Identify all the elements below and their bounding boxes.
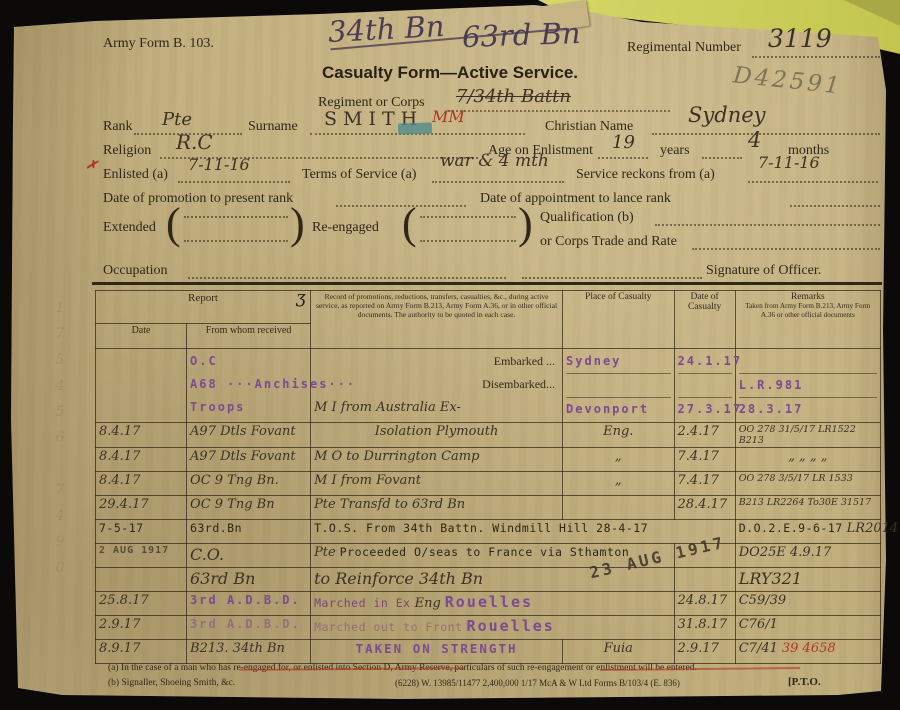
table-cell: 3rd A.D.B.D.	[187, 616, 311, 640]
cell-text: D.O.2.E.9-6-17	[739, 521, 843, 535]
table-cell: 24.1.1727.3.17	[674, 349, 735, 423]
footnote-b: (b) Signaller, Shoeing Smith, &c.	[108, 678, 235, 688]
table-cell: „	[563, 472, 674, 496]
qualification-line	[655, 224, 880, 226]
cell-text: Eng	[415, 596, 441, 611]
promotion-line	[336, 205, 466, 207]
table-row: 2.9.173rd A.D.B.D.Marched out to FrontRo…	[96, 616, 881, 640]
table-cell: SydneyDevonport	[563, 349, 674, 423]
table-cell: Fuia	[563, 640, 674, 664]
reckons-line	[748, 181, 878, 183]
table-cell: 3rd A.D.B.D.	[187, 592, 311, 616]
table-cell: Pte Transfd to 63rd Bn	[311, 496, 563, 520]
reengaged-line-2	[420, 240, 516, 242]
corps-trade-line	[692, 248, 880, 250]
date-casualty-column-header: Date of Casualty	[674, 291, 735, 349]
extended-brace-open: (	[166, 198, 181, 249]
cell-line	[99, 396, 183, 419]
extended-brace-close: )	[290, 198, 305, 249]
occupation-line-1	[188, 277, 506, 279]
terms-value: war & 4 mth	[440, 151, 549, 171]
table-cell: D.O.2.E.9-6-17LR2014	[735, 520, 880, 544]
age-years-line	[598, 157, 648, 159]
table-cell: Marched out to FrontRouelles	[311, 616, 674, 640]
table-row: 25.8.173rd A.D.B.D.Marched in ExEngRouel…	[96, 592, 881, 616]
regiment-line	[448, 110, 670, 112]
table-cell: 2 AUG 1917	[96, 544, 187, 568]
age-months-line	[702, 157, 742, 159]
table-row: 8.4.17A97 Dtls FovantM O to Durrington C…	[96, 448, 881, 472]
cell-line: Sydney	[566, 350, 670, 374]
lance-line	[790, 205, 880, 207]
regimental-number-value: 3119	[768, 24, 832, 53]
table-row: 8.9.17B213. 34th BnTAKEN ON STRENGTHFuia…	[96, 640, 881, 664]
cell-text: Proceeded O/seas to France via Sthamton	[340, 545, 630, 559]
margin-pencil-numbers: 175456 7490	[52, 300, 68, 640]
occupation-label: Occupation	[103, 263, 168, 279]
surname-label: Surname	[248, 119, 298, 135]
lance-label: Date of appointment to lance rank	[480, 191, 671, 207]
terms-label: Terms of Service (a)	[302, 167, 416, 183]
age-months-value: 4	[748, 128, 761, 152]
enlisted-line	[178, 181, 290, 183]
reengaged-brace-open: (	[402, 198, 417, 249]
table-row: 8.4.17A97 Dtls FovantIsolation PlymouthE…	[96, 423, 881, 448]
cell-line: O.C	[190, 350, 307, 373]
table-cell: 7.4.17	[674, 472, 735, 496]
table-cell	[96, 349, 187, 423]
table-cell: Isolation Plymouth	[311, 423, 563, 448]
age-years-value: 19	[612, 132, 635, 153]
table-cell: 63rd Bn	[187, 568, 311, 592]
table-cell: C76/1	[735, 616, 880, 640]
table-cell: 31.8.17	[674, 616, 735, 640]
report-header: Report	[96, 291, 311, 324]
table-cell	[563, 496, 674, 520]
section-divider-rule	[92, 282, 882, 285]
rank-value: Pte	[162, 109, 192, 130]
rank-label: Rank	[103, 119, 133, 135]
table-cell: 2.9.17	[674, 640, 735, 664]
table-cell: OC 9 Tng Bn	[187, 496, 311, 520]
enlisted-label: Enlisted (a)	[103, 167, 168, 183]
qualification-label: Qualification (b)	[540, 210, 634, 226]
table-cell: Eng.	[563, 423, 674, 448]
table-cell	[674, 568, 735, 592]
enlisted-value: 7-11-16	[188, 155, 250, 174]
table-row: 29.4.17OC 9 Tng BnPte Transfd to 63rd Bn…	[96, 496, 881, 520]
religion-value: R.C	[176, 130, 213, 154]
table-cell: 8.4.17	[96, 472, 187, 496]
cell-text: Rouelles	[467, 617, 555, 635]
cell-line	[99, 373, 183, 396]
pto-label: [P.T.O.	[788, 676, 821, 688]
date-column-header: Date	[96, 324, 187, 349]
cell-line: Troops	[190, 396, 307, 419]
form-number: Army Form B. 103.	[103, 36, 214, 52]
cell-text: Marched in Ex	[314, 596, 411, 610]
cell-text: Marched out to Front	[314, 620, 462, 634]
table-cell: 8.9.17	[96, 640, 187, 664]
ink-squiggle: ʒ	[296, 288, 306, 308]
table-cell: C7/4139 4658	[735, 640, 880, 664]
table-cell: L.R.98128.3.17	[735, 349, 880, 423]
remarks-column-header: Remarks Taken from Army Form B.213, Army…	[735, 291, 880, 349]
cell-text: Rouelles	[445, 593, 533, 611]
cell-line	[566, 374, 670, 398]
extended-line-1	[184, 216, 288, 218]
occupation-line-2	[522, 277, 702, 279]
table-row: 8.4.17OC 9 Tng Bn.M I from Fovant„7.4.17…	[96, 472, 881, 496]
cell-line: 24.1.17	[678, 350, 732, 374]
reckons-value: 7-11-16	[758, 153, 820, 172]
teal-ink-blot	[398, 122, 432, 134]
remarks-subtitle: Taken from Army Form B.213, Army Form A.…	[739, 302, 877, 319]
cell-line: Devonport	[566, 398, 670, 421]
cell-line	[99, 350, 183, 373]
extended-label: Extended	[103, 220, 156, 236]
reengaged-line-1	[420, 216, 516, 218]
regimental-number-line	[752, 56, 880, 58]
cell-line: L.R.981	[739, 374, 877, 398]
cell-line: 27.3.17	[678, 398, 732, 421]
table-cell: C59/39	[735, 592, 880, 616]
table-cell: LRY321	[735, 568, 880, 592]
reckons-label: Service reckons from (a)	[576, 167, 715, 183]
cell-line: 28.3.17	[739, 398, 877, 421]
cell-text: C7/41	[739, 641, 778, 656]
reengaged-brace-close: )	[518, 198, 533, 249]
cell-text: LR2014	[847, 521, 899, 536]
table-body: O.CA68 ···Anchises···TroopsEmbarked ...D…	[96, 349, 881, 664]
table-cell: 2.4.17	[674, 423, 735, 448]
terms-line	[432, 181, 564, 183]
cell-line: A68 ···Anchises···	[190, 373, 307, 396]
casualty-table-wrap: Report Record of promotions, reductions,…	[95, 290, 881, 664]
print-code: (6228) W. 13985/11477 2,400,000 1/17 McA…	[395, 678, 680, 688]
table-cell: DO25E 4.9.17	[735, 544, 880, 568]
table-cell: OC 9 Tng Bn.	[187, 472, 311, 496]
regimental-number-label: Regimental Number	[627, 40, 741, 56]
table-cell: „	[563, 448, 674, 472]
table-cell: Marched in ExEngRouelles	[311, 592, 674, 616]
years-label: years	[660, 143, 690, 159]
christian-name-value: Sydney	[688, 103, 766, 127]
cell-line	[678, 374, 732, 398]
cell-line: Embarked ...	[314, 350, 559, 373]
signature-label: Signature of Officer.	[706, 263, 821, 279]
table-cell: 28.4.17	[674, 496, 735, 520]
table-cell: OO 278 31/5/17 LR1522 B213	[735, 423, 880, 448]
cell-line: M I from Australia Ex-	[314, 396, 559, 419]
promotion-label: Date of promotion to present rank	[103, 191, 293, 207]
from-column-header: From whom received	[187, 324, 311, 349]
table-cell: OO 278 3/5/17 LR 1533	[735, 472, 880, 496]
table-row: O.CA68 ···Anchises···TroopsEmbarked ...D…	[96, 349, 881, 423]
table-cell: A97 Dtls Fovant	[187, 448, 311, 472]
table-cell: B213 LR2264 To30E 31517	[735, 496, 880, 520]
table-cell: C.O.	[187, 544, 311, 568]
christian-name-line	[652, 133, 880, 135]
table-cell: 8.4.17	[96, 423, 187, 448]
religion-label: Religion	[103, 143, 151, 159]
table-cell: 7-5-17	[96, 520, 187, 544]
casualty-table-header: Report Record of promotions, reductions,…	[96, 291, 881, 349]
scanned-casualty-form: { "header": { "form_no": "Army Form B. 1…	[0, 0, 900, 710]
table-cell: 2.9.17	[96, 616, 187, 640]
table-row: 7-5-1763rd.BnT.O.S. From 34th Battn. Win…	[96, 520, 881, 544]
table-cell: 7.4.17	[674, 448, 735, 472]
form-title: Casualty Form—Active Service.	[190, 63, 710, 83]
table-cell	[96, 568, 187, 592]
cell-line	[739, 350, 877, 374]
table-row: 63rd Bnto Reinforce 34th BnLRY321	[96, 568, 881, 592]
decoration-mm: MM	[432, 107, 465, 126]
table-cell: 8.4.17	[96, 448, 187, 472]
table-cell: M I from Fovant	[311, 472, 563, 496]
table-cell: „ „ „ „	[735, 448, 880, 472]
regiment-value-struck: 7/34th Battn	[456, 86, 571, 107]
reengaged-label: Re-engaged	[312, 220, 379, 236]
casualty-table: Report Record of promotions, reductions,…	[95, 290, 881, 664]
table-cell: B213. 34th Bn	[187, 640, 311, 664]
record-column-header: Record of promotions, reductions, transf…	[311, 291, 563, 349]
table-cell: 63rd.Bn	[187, 520, 311, 544]
table-cell: 25.8.17	[96, 592, 187, 616]
table-cell: 24.8.17	[674, 592, 735, 616]
remarks-title: Remarks	[739, 292, 877, 302]
table-cell: T.O.S. From 34th Battn. Windmill Hill 28…	[311, 520, 736, 544]
table-cell: M O to Durrington Camp	[311, 448, 563, 472]
extended-line-2	[184, 240, 288, 242]
place-column-header: Place of Casualty	[563, 291, 674, 349]
table-cell: A97 Dtls Fovant	[187, 423, 311, 448]
table-row: 2 AUG 1917C.O.PteProceeded O/seas to Fra…	[96, 544, 881, 568]
table-cell: O.CA68 ···Anchises···Troops	[187, 349, 311, 423]
table-cell: 29.4.17	[96, 496, 187, 520]
cell-text: 39 4658	[782, 641, 836, 656]
cell-text: Pte	[314, 545, 336, 560]
corps-trade-label: or Corps Trade and Rate	[540, 234, 677, 250]
table-cell: TAKEN ON STRENGTH	[311, 640, 563, 664]
